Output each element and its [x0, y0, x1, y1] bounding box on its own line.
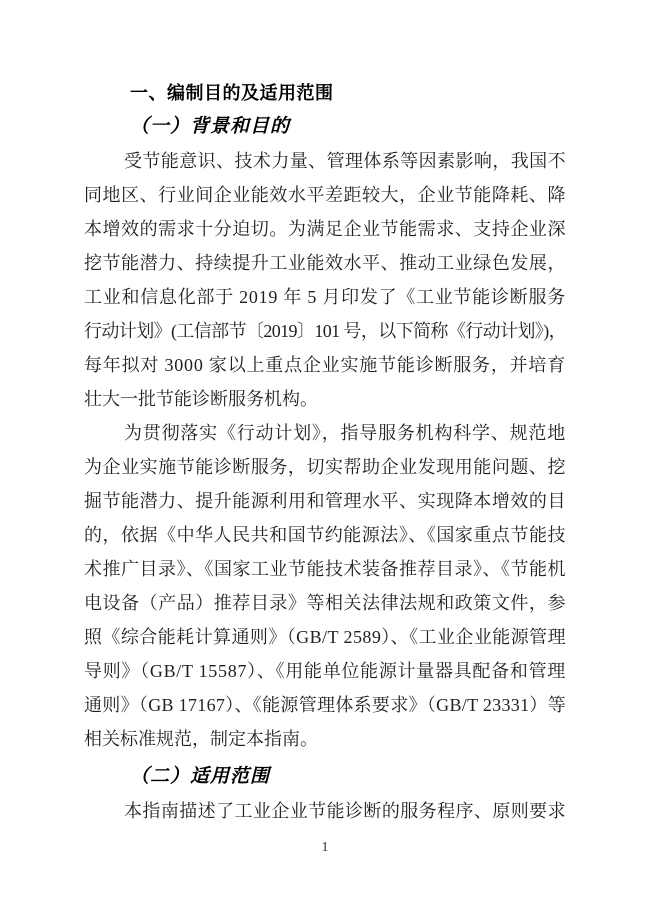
text-line: 工业和信息化部于 2019 年 5 月印发了《工业节能诊断服务: [84, 280, 566, 314]
text-line: 壮大一批节能诊断服务机构。: [84, 382, 566, 416]
text-line: 相关标准规范，制定本指南。: [84, 722, 566, 756]
text-line: 掘节能潜力、提升能源利用和管理水平、实现降本增效的目: [84, 484, 566, 518]
text-line: 每年拟对 3000 家以上重点企业实施节能诊断服务，并培育: [84, 348, 566, 382]
text-line: 本增效的需求十分迫切。为满足企业节能需求、支持企业深: [84, 212, 566, 246]
text-line: 受节能意识、技术力量、管理体系等因素影响，我国不: [84, 144, 566, 178]
text-line: 术推广目录》、《国家工业节能技术装备推荐目录》、《节能机: [84, 552, 566, 586]
text-line: 行动计划》(工信部节〔2019〕101 号，以下简称《行动计划》)，: [84, 314, 566, 348]
text-line: 本指南描述了工业企业节能诊断的服务程序、原则要求: [84, 794, 566, 828]
document-content: 一、编制目的及适用范围 （一）背景和目的 受节能意识、技术力量、管理体系等因素影…: [84, 76, 566, 855]
text-line: 通则》（GB 17167）、《能源管理体系要求》（GB/T 23331）等: [84, 688, 566, 722]
text-line: 为贯彻落实《行动计划》，指导服务机构科学、规范地: [84, 416, 566, 450]
text-line: 照《综合能耗计算通则》（GB/T 2589）、《工业企业能源管理: [84, 620, 566, 654]
paragraph-3: 本指南描述了工业企业节能诊断的服务程序、原则要求: [84, 794, 566, 828]
section-heading-scope: （二）适用范围: [84, 760, 566, 794]
text-line: 挖节能潜力、持续提升工业能效水平、推动工业绿色发展，: [84, 246, 566, 280]
text-line: 导则》（GB/T 15587）、《用能单位能源计量器具配备和管理: [84, 654, 566, 688]
text-line: 的，依据《中华人民共和国节约能源法》、《国家重点节能技: [84, 518, 566, 552]
document-page: 一、编制目的及适用范围 （一）背景和目的 受节能意识、技术力量、管理体系等因素影…: [0, 0, 650, 919]
main-heading: 一、编制目的及适用范围: [84, 76, 566, 110]
text-line: 电设备（产品）推荐目录》等相关法律法规和政策文件，参: [84, 586, 566, 620]
text-line: 同地区、行业间企业能效水平差距较大，企业节能降耗、降: [84, 178, 566, 212]
paragraph-2: 为贯彻落实《行动计划》，指导服务机构科学、规范地 为企业实施节能诊断服务，切实帮…: [84, 416, 566, 756]
page-number: 1: [84, 841, 566, 855]
paragraph-1: 受节能意识、技术力量、管理体系等因素影响，我国不 同地区、行业间企业能效水平差距…: [84, 144, 566, 416]
section-heading-background-purpose: （一）背景和目的: [84, 110, 566, 144]
text-line: 为企业实施节能诊断服务，切实帮助企业发现用能问题、挖: [84, 450, 566, 484]
